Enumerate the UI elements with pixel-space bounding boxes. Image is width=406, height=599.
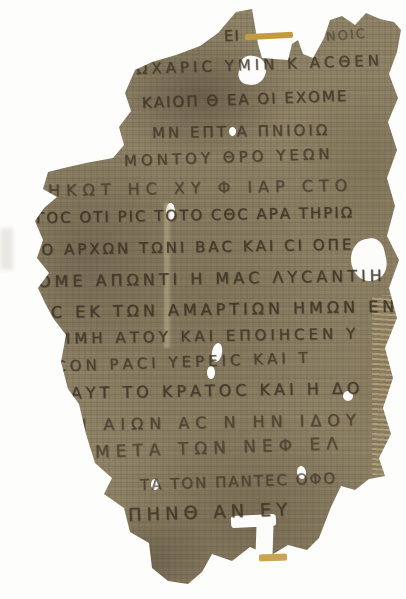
frayed-fiber-edge — [372, 295, 402, 475]
greek-text-line: ΝΟΙC — [325, 26, 367, 45]
papyrus-fiber-strip — [245, 32, 293, 41]
greek-text-line: Υ ΑΥΤ ΤΟ ΚΡΑΤΟC ΚΑΙ Η ΔΟ — [48, 378, 364, 403]
greek-text-line: ΑC ΕΚ ΤΩΝ ΑΜΑΡΤΙΩΝ ΗΜΩΝ ΕΝ — [36, 297, 399, 322]
greek-text-line: ΤΑ ΤΟΝ ΠΑΝΤΕC ΟΦΟ — [140, 469, 338, 494]
greek-text-line: ΗΚΩΤ ΗC ΧΥ Φ ΙΑΡ CΤΟ — [48, 176, 354, 200]
greek-text-line: ΜΝ ΕΠΤ Α ΠΝΙΟΙΩ — [152, 121, 331, 142]
greek-text-line: ΙΟ ΑΡΧΩΝ ΤΩΝΙ ΒΑC ΚΑΙ CΙ ΟΠΕ — [34, 235, 355, 259]
papyrus-fragment: ΕΙ ΝΟΙC ΩΧΑΡΙC ΥΜΙΝ Κ ΑCΘΕΝ ΚΑΙΟΠ Θ ΕΑ Ο… — [0, 0, 406, 599]
greek-text-line: ΕΙ — [224, 26, 241, 45]
greek-text-line: ΚΑΙΟΠ Θ ΕΑ ΟΙ ΕΧΟΜΕ — [142, 87, 349, 112]
photo-canvas: ΕΙ ΝΟΙC ΩΧΑΡΙC ΥΜΙΝ Κ ΑCΘΕΝ ΚΑΙΟΠ Θ ΕΑ Ο… — [0, 0, 406, 599]
greek-text-line: ΤΟΝ ΑΙΩΝ ΑC Ν ΗΝ ΙΔΟΥ — [40, 410, 362, 435]
greek-text-line: ΟΜΕ ΑΠΩΝΤΙ Η ΜΑC ΛΥCΑΝΤΙΗ — [38, 266, 386, 291]
scan-artifact-band — [0, 228, 13, 270]
lacuna-hole — [255, 523, 273, 559]
papyrus-fiber-strip — [259, 554, 287, 562]
greek-text-line: ΜΟΝΤΟΥ ΘΡΟ ΥΕΩΝ — [124, 145, 334, 170]
greek-text-line: ΑΙ ΜΕΤΑ ΤΩΝ ΝΕΦ ΕΛ — [55, 434, 345, 464]
greek-text-line: ΗCΟΝ ΡΑCΙ ΥΕΡΕΙC ΚΑΙ Τ — [40, 349, 312, 376]
greek-text-line: ΓΟC ΟΤΙ ΡΙC ΤΟΤΟ CΘC ΑΡΑ ΤΗΡΙΩ — [36, 203, 354, 227]
greek-text-line: ΩΜΜΗ ΑΤΟΥ ΚΑΙ ΕΠΟΙΗCΕΝ Υ — [42, 324, 359, 348]
